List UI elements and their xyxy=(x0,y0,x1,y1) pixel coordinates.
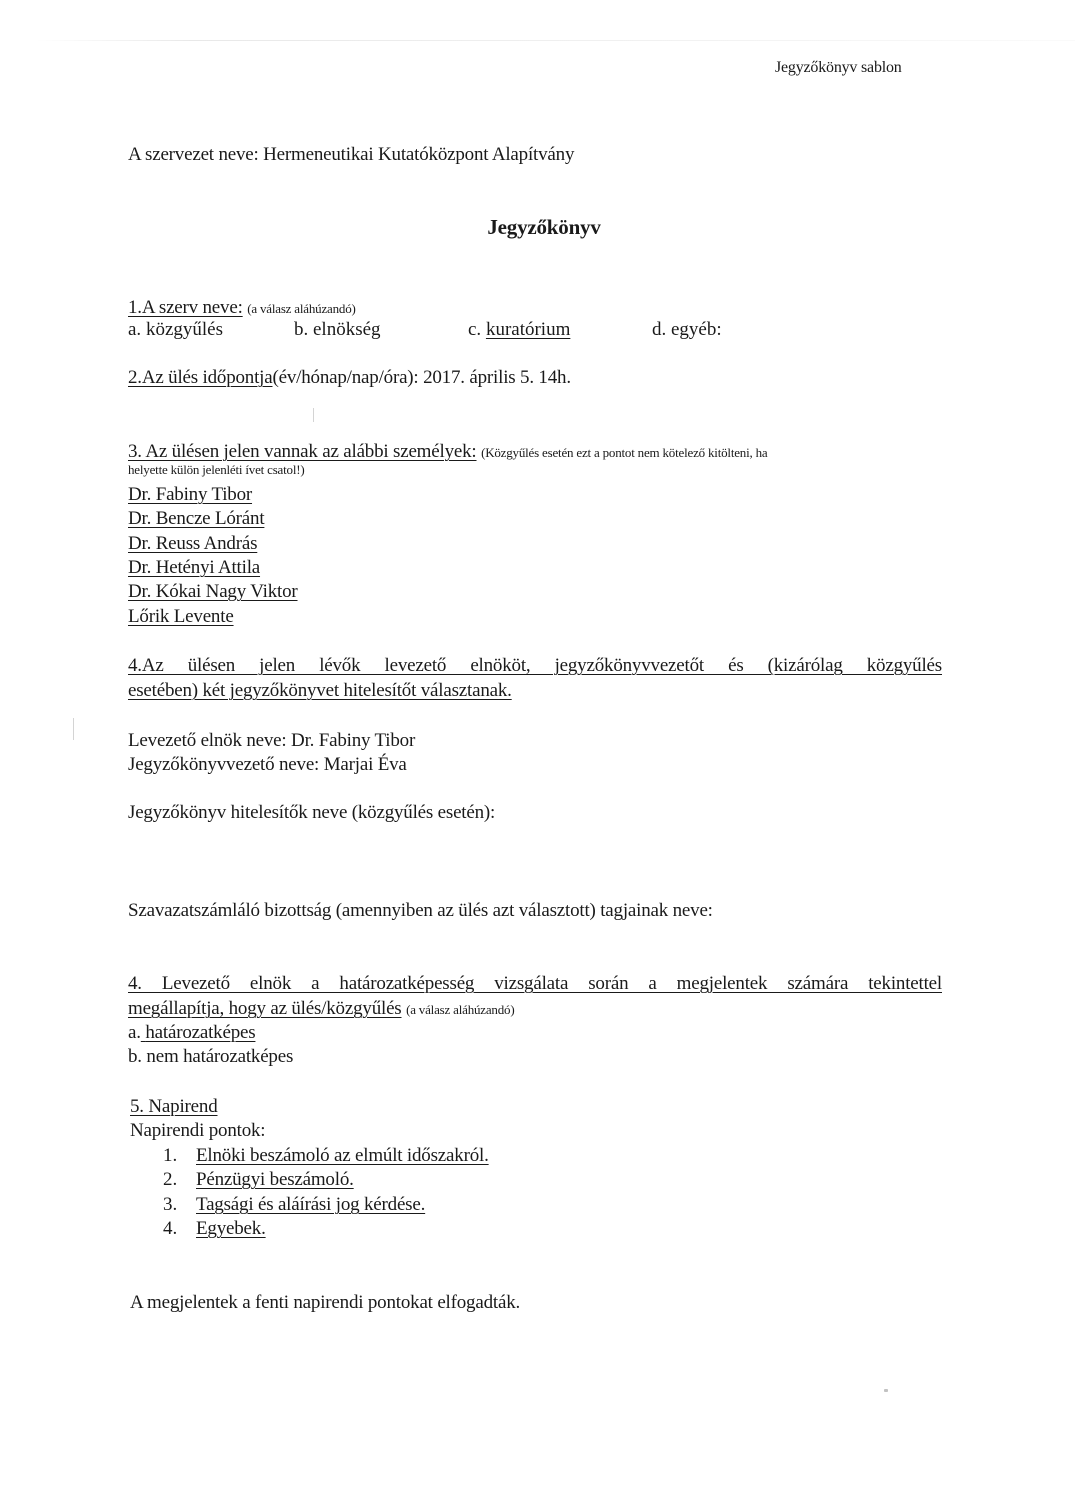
section4a-heading: 4.Az ülésen jelen lévők levezető elnököt… xyxy=(128,654,942,678)
scan-artifact-line xyxy=(35,40,1075,41)
secretary-label: Jegyzőkönyvvezető neve: xyxy=(128,754,319,775)
section4b-heading: 4. Levezető elnök a határozatképesség vi… xyxy=(128,972,942,996)
agenda-item: Elnöki beszámoló az elmúlt időszakról. xyxy=(196,1144,489,1168)
section2-format: (év/hónap/nap/óra): xyxy=(272,367,418,388)
quorum-option-a-selected: a. határozatképes xyxy=(128,1021,255,1045)
section4b-note: (a válasz aláhúzandó) xyxy=(406,1002,514,1017)
meeting-datetime: 2017. április 5. 14h. xyxy=(423,367,571,388)
section4a-heading-cont: esetében) két jegyzőkönyvet hitelesítőt … xyxy=(128,679,512,703)
body-option-b: b. elnökség xyxy=(294,318,381,342)
section1-note: (a válasz aláhúzandó) xyxy=(247,301,355,316)
scan-artifact-speck xyxy=(884,1389,888,1392)
quorum-option-b: b. nem határozatképes xyxy=(128,1045,293,1069)
section2-heading: 2.Az ülés időpontja xyxy=(128,367,272,388)
chair-line: Levezető elnök neve: Dr. Fabiny Tibor xyxy=(128,729,415,753)
organization-name: Hermeneutikai Kutatóközpont Alapítvány xyxy=(263,144,574,165)
attendee: Dr. Bencze Lóránt xyxy=(128,507,264,531)
document-template-label: Jegyzőkönyv sablon xyxy=(775,56,902,80)
agenda-item-number: 3. xyxy=(163,1193,177,1217)
agenda-item-number: 1. xyxy=(163,1144,177,1168)
agenda-item: Pénzügyi beszámoló. xyxy=(196,1168,354,1192)
chair-name: Dr. Fabiny Tibor xyxy=(291,730,415,751)
section4b-heading-cont: megállapítja, hogy az ülés/közgyűlés xyxy=(128,998,402,1019)
attendee: Dr. Hetényi Attila xyxy=(128,556,260,580)
section5-heading: 5. Napirend xyxy=(130,1095,218,1119)
vote-counters-label: Szavazatszámláló bizottság (amennyiben a… xyxy=(128,899,713,923)
agenda-item-number: 2. xyxy=(163,1168,177,1192)
agenda-item: Egyebek. xyxy=(196,1217,266,1241)
section1-heading: 1.A szerv neve: xyxy=(128,297,243,318)
body-option-a: a. közgyűlés xyxy=(128,318,223,342)
section3-note: (Közgyűlés esetén ezt a pontot nem kötel… xyxy=(481,445,767,460)
section3-note-cont: helyette külön jelenléti ívet csatol!) xyxy=(128,461,305,479)
agenda-item-number: 4. xyxy=(163,1217,177,1241)
secretary-line: Jegyzőkönyvvezető neve: Marjai Éva xyxy=(128,753,407,777)
chair-label: Levezető elnök neve: xyxy=(128,730,286,751)
scan-artifact-mark xyxy=(313,408,314,422)
section2-line: 2.Az ülés időpontja(év/hónap/nap/óra): 2… xyxy=(128,366,571,390)
agenda-conclusion: A megjelentek a fenti napirendi pontokat… xyxy=(130,1291,520,1315)
section3-heading: 3. Az ülésen jelen vannak az alábbi szem… xyxy=(128,441,477,462)
attendee: Dr. Fabiny Tibor xyxy=(128,483,252,507)
body-option-d: d. egyéb: xyxy=(652,318,722,342)
attendee: Dr. Reuss András xyxy=(128,532,257,556)
attendee: Dr. Kókai Nagy Viktor xyxy=(128,580,298,604)
body-option-c-selected: c. kuratórium xyxy=(468,318,570,342)
attendee: Lőrik Levente xyxy=(128,605,234,629)
agenda-label: Napirendi pontok: xyxy=(130,1119,265,1143)
organization-line: A szervezet neve: Hermeneutikai Kutatókö… xyxy=(128,143,574,167)
scan-artifact-mark xyxy=(73,718,74,740)
page-title: Jegyzőkönyv xyxy=(0,215,1088,239)
organization-label: A szervezet neve: xyxy=(128,144,259,165)
section4b-heading-cont-line: megállapítja, hogy az ülés/közgyűlés (a … xyxy=(128,997,514,1022)
agenda-item: Tagsági és aláírási jog kérdése. xyxy=(196,1193,425,1217)
authenticators-label: Jegyzőkönyv hitelesítők neve (közgyűlés … xyxy=(128,801,495,825)
secretary-name: Marjai Éva xyxy=(324,754,407,775)
